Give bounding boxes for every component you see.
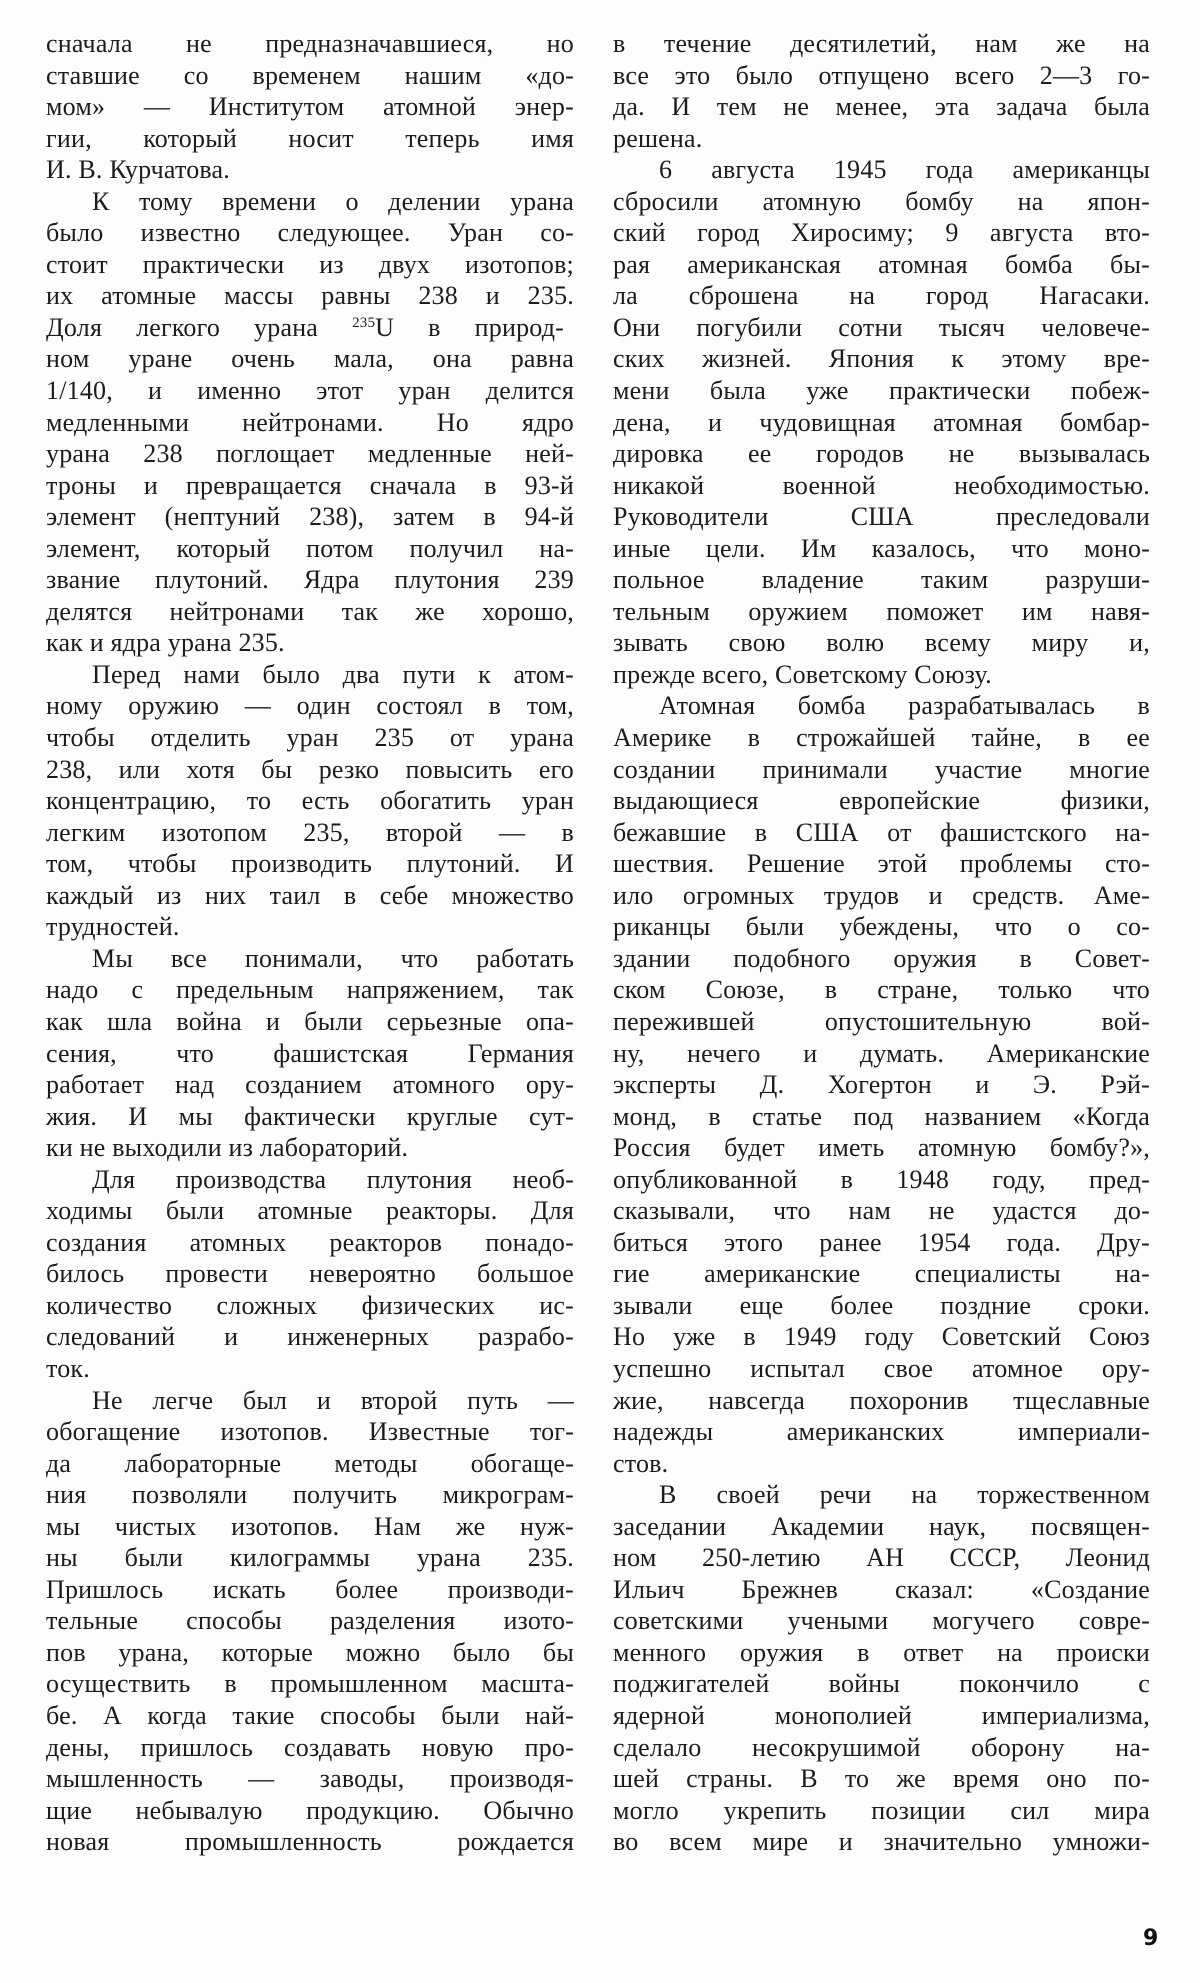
text-line: работает над созданием атомного ору- <box>46 1069 574 1101</box>
text-line: бе. А когда такие способы были най- <box>46 1700 574 1732</box>
text-line: их атомные массы равны 238 и 235. <box>46 280 574 312</box>
text-line: мом» — Институтом атомной энер- <box>46 91 574 123</box>
text-line: Россия будет иметь атомную бомбу?», <box>613 1132 1150 1164</box>
text-line: во всем мире и значительно умножи- <box>613 1826 1150 1858</box>
text-line: как и ядра урана 235. <box>46 627 574 659</box>
text-line: мышленность — заводы, производя- <box>46 1763 574 1795</box>
text-line: иные цели. Им казалось, что моно- <box>613 533 1150 565</box>
text-line: да лабораторные методы обогаще- <box>46 1448 574 1480</box>
text-line: ило огромных трудов и средств. Аме- <box>613 880 1150 912</box>
paragraph-first-line: Для производства плутония необ- <box>46 1164 574 1196</box>
paragraph-first-line: 6 августа 1945 года американцы <box>613 154 1150 186</box>
text-line: поджигателей войны покончило с <box>613 1668 1150 1700</box>
paragraph-first-line: Атомная бомба разрабатывалась в <box>613 690 1150 722</box>
text-line: следований и инженерных разрабо- <box>46 1321 574 1353</box>
text-line: ном 250-летию АН СССР, Леонид <box>613 1542 1150 1574</box>
text-line: эксперты Д. Хогертон и Э. Рэй- <box>613 1069 1150 1101</box>
text-line: элемент, который потом получил на- <box>46 533 574 565</box>
text-line: создания атомных реакторов понадо- <box>46 1227 574 1259</box>
text-line: чтобы отделить уран 235 от урана <box>46 722 574 754</box>
text-line: менного оружия в ответ на происки <box>613 1637 1150 1669</box>
text-line: ну, нечего и думать. Американские <box>613 1038 1150 1070</box>
text-line: дена, и чудовищная атомная бомбар- <box>613 407 1150 439</box>
text-line: том, чтобы производить плутоний. И <box>46 848 574 880</box>
text-line: легким изотопом 235, второй — в <box>46 817 574 849</box>
paragraph-first-line: В своей речи на торжественном <box>613 1479 1150 1511</box>
text-line: решена. <box>613 123 1150 155</box>
text-line: бежавшие в США от фашистского на- <box>613 817 1150 849</box>
text-line: И. В. Курчатова. <box>46 154 574 186</box>
text-line: биться этого ранее 1954 года. Дру- <box>613 1227 1150 1259</box>
text-line: все это было отпущено всего 2—3 го- <box>613 60 1150 92</box>
text-line: обогащение изотопов. Известные тог- <box>46 1416 574 1448</box>
text-line: прежде всего, Советскому Союзу. <box>613 659 1150 691</box>
text-line: пов урана, которые можно было бы <box>46 1637 574 1669</box>
text-line: шей страны. В то же время оно по- <box>613 1763 1150 1795</box>
text-line: сделало несокрушимой оборону на- <box>613 1732 1150 1764</box>
text-line: ки не выходили из лабораторий. <box>46 1132 574 1164</box>
text-line: сказывали, что нам не удастся до- <box>613 1195 1150 1227</box>
text-line: ский город Хиросиму; 9 августа вто- <box>613 217 1150 249</box>
text-line: новая промышленность рождается <box>46 1826 574 1858</box>
text-line: никакой военной необходимостью. <box>613 470 1150 502</box>
text-line: выдающиеся европейские физики, <box>613 785 1150 817</box>
text-line: ному оружию — один состоял в том, <box>46 690 574 722</box>
text-line: пережившей опустошительную вой- <box>613 1006 1150 1038</box>
paragraph-first-line: Перед нами было два пути к атом- <box>46 659 574 691</box>
text-line: зывали еще более поздние сроки. <box>613 1290 1150 1322</box>
text-line: ния позволяли получить микрограм- <box>46 1479 574 1511</box>
text-line: монд, в статье под названием «Когда <box>613 1101 1150 1133</box>
text-line: звание плутоний. Ядра плутония 239 <box>46 564 574 596</box>
right-text-column: в течение десятилетий, нам же навсе это … <box>613 28 1150 1858</box>
text-line: создании принимали участие многие <box>613 754 1150 786</box>
text-line: Америке в строжайшей тайне, в ее <box>613 722 1150 754</box>
text-line: дены, пришлось создавать новую про- <box>46 1732 574 1764</box>
text-line: ток. <box>46 1353 574 1385</box>
text-line: элемент (нептуний 238), затем в 94-й <box>46 501 574 533</box>
text-line: ставшие со временем нашим «до- <box>46 60 574 92</box>
text-line: ядерной монополией империализма, <box>613 1700 1150 1732</box>
text-line: жия. И мы фактически круглые сут- <box>46 1101 574 1133</box>
text-line: жие, навсегда похоронив тщеславные <box>613 1385 1150 1417</box>
text-line: трудностей. <box>46 911 574 943</box>
paragraph-first-line: Мы все понимали, что работать <box>46 943 574 975</box>
text-line: ны были килограммы урана 235. <box>46 1542 574 1574</box>
text-line: делятся нейтронами так же хорошо, <box>46 596 574 628</box>
text-line: троны и превращается сначала в 93-й <box>46 470 574 502</box>
text-line: надежды американских империали- <box>613 1416 1150 1448</box>
text-line: каждый из них таил в себе множество <box>46 880 574 912</box>
text-line: Доля легкого урана 235U в природ- <box>46 312 574 344</box>
text-line: Но уже в 1949 году Советский Союз <box>613 1321 1150 1353</box>
text-line: концентрацию, то есть обогатить уран <box>46 785 574 817</box>
text-line: Пришлось искать более производи- <box>46 1574 574 1606</box>
text-line: было известно следующее. Уран со- <box>46 217 574 249</box>
left-text-column: сначала не предназначавшиеся, ноставшие … <box>46 28 574 1858</box>
text-line: гии, который носит теперь имя <box>46 123 574 155</box>
text-line: успешно испытал свое атомное ору- <box>613 1353 1150 1385</box>
text-line: ском Союзе, в стране, только что <box>613 974 1150 1006</box>
text-line: медленными нейтронами. Но ядро <box>46 407 574 439</box>
text-line: опубликованной в 1948 году, пред- <box>613 1164 1150 1196</box>
text-line: заседании Академии наук, посвящен- <box>613 1511 1150 1543</box>
text-line: сения, что фашистская Германия <box>46 1038 574 1070</box>
text-line: стов. <box>613 1448 1150 1480</box>
text-line: 238, или хотя бы резко повысить его <box>46 754 574 786</box>
text-line: сбросили атомную бомбу на япон- <box>613 186 1150 218</box>
text-line: польное владение таким разруши- <box>613 564 1150 596</box>
text-line: как шла война и были серьезные опа- <box>46 1006 574 1038</box>
text-line: Руководители США преследовали <box>613 501 1150 533</box>
page-number: 9 <box>1143 1926 1158 1951</box>
text-line: рая американская атомная бомба бы- <box>613 249 1150 281</box>
text-line: Они погубили сотни тысяч человече- <box>613 312 1150 344</box>
text-line: Ильич Брежнев сказал: «Создание <box>613 1574 1150 1606</box>
text-line: 1/140, и именно этот уран делится <box>46 375 574 407</box>
text-line: количество сложных физических ис- <box>46 1290 574 1322</box>
text-line: мы чистых изотопов. Нам же нуж- <box>46 1511 574 1543</box>
text-line: да. И тем не менее, эта задача была <box>613 91 1150 123</box>
text-line: риканцы были убеждены, что о со- <box>613 911 1150 943</box>
text-line: стоит практически из двух изотопов; <box>46 249 574 281</box>
text-line: в течение десятилетий, нам же на <box>613 28 1150 60</box>
paragraph-first-line: К тому времени о делении урана <box>46 186 574 218</box>
text-line: дировка ее городов не вызывалась <box>613 438 1150 470</box>
text-line: могло укрепить позиции сил мира <box>613 1795 1150 1827</box>
text-line: щие небывалую продукцию. Обычно <box>46 1795 574 1827</box>
text-line: ла сброшена на город Нагасаки. <box>613 280 1150 312</box>
text-line: надо с предельным напряжением, так <box>46 974 574 1006</box>
text-line: здании подобного оружия в Совет- <box>613 943 1150 975</box>
text-line: ских жизней. Япония к этому вре- <box>613 343 1150 375</box>
text-line: осуществить в промышленном масшта- <box>46 1668 574 1700</box>
text-line: урана 238 поглощает медленные ней- <box>46 438 574 470</box>
text-line: мени была уже практически побеж- <box>613 375 1150 407</box>
text-line: гие американские специалисты на- <box>613 1258 1150 1290</box>
text-line: ном уране очень мала, она равна <box>46 343 574 375</box>
text-line: ходимы были атомные реакторы. Для <box>46 1195 574 1227</box>
text-line: тельные способы разделения изото- <box>46 1605 574 1637</box>
text-line: билось провести невероятно большое <box>46 1258 574 1290</box>
text-line: зывать свою волю всему миру и, <box>613 627 1150 659</box>
text-line: сначала не предназначавшиеся, но <box>46 28 574 60</box>
paragraph-first-line: Не легче был и второй путь — <box>46 1385 574 1417</box>
text-line: тельным оружием поможет им навя- <box>613 596 1150 628</box>
text-line: советскими учеными могучего совре- <box>613 1605 1150 1637</box>
text-line: шествия. Решение этой проблемы сто- <box>613 848 1150 880</box>
isotope-superscript: 235 <box>352 315 375 331</box>
